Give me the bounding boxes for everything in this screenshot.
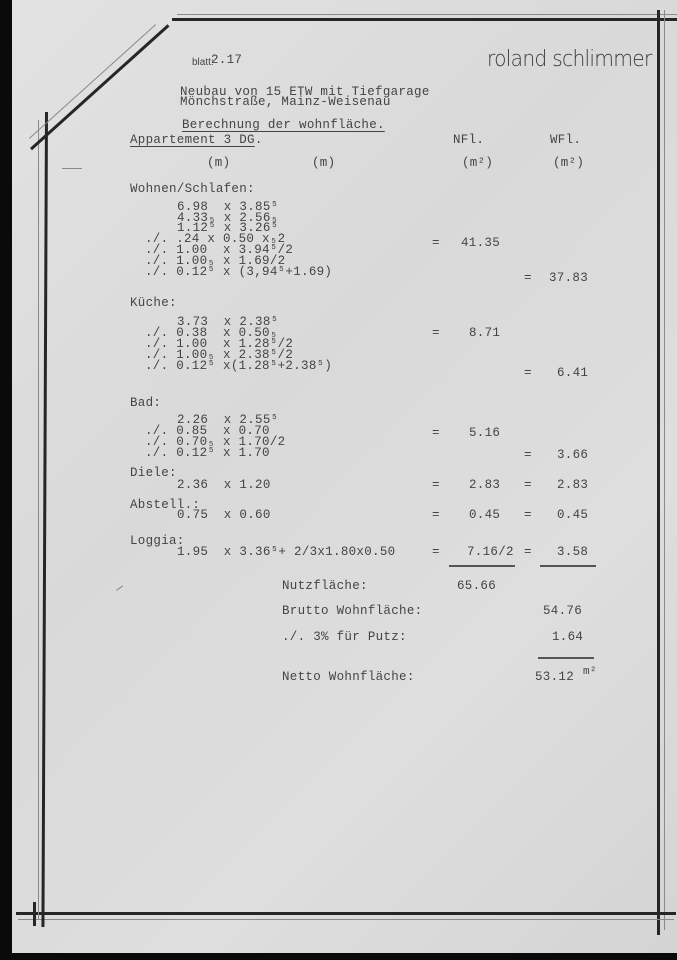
column-nfl-label: NFl.	[453, 134, 484, 147]
equals-sign: =	[524, 546, 532, 559]
frame-bottom-thin-line	[18, 919, 674, 920]
frame-bottom-corner-mark	[33, 902, 36, 926]
nfl-value: 5.16	[469, 427, 500, 440]
document-title: Berechnung der wohnfläche.	[182, 119, 385, 132]
netto-unit: m²	[583, 666, 597, 679]
wfl-value: 6.41	[557, 367, 588, 380]
sheet-number: 2.17	[211, 54, 242, 67]
stray-mark	[116, 585, 123, 590]
equals-sign: =	[432, 237, 440, 250]
frame-top-thin-line	[177, 14, 677, 15]
frame-top-line	[172, 18, 677, 21]
calc-line: ./. 0.12⁵ x (3,94⁵+1.69)	[145, 266, 332, 279]
nfl-subtotal-rule	[449, 565, 515, 567]
column-unit-m-1: (m)	[207, 157, 230, 170]
section-label: Diele:	[130, 467, 177, 480]
netto-rule	[538, 657, 594, 659]
column-wfl-label: WFl.	[550, 134, 581, 147]
column-nfl-unit: (m²)	[462, 157, 493, 170]
wfl-value: 3.66	[557, 449, 588, 462]
wfl-value: 3.58	[557, 546, 588, 559]
wfl-value: 0.45	[557, 509, 588, 522]
project-line-2: Mönchstraße, Mainz-Weisenau	[180, 96, 391, 109]
netto-wohnflaeche-label: Netto Wohnfläche:	[282, 671, 415, 684]
frame-left-thin-line	[38, 120, 39, 920]
stray-mark	[62, 168, 82, 169]
document-page: blatt: 2.17 roland schlimmer Neubau von …	[12, 0, 677, 953]
apartment-suffix: .	[255, 133, 263, 147]
equals-sign: =	[432, 479, 440, 492]
netto-wohnflaeche-value: 53.12	[535, 671, 574, 684]
section-label: Bad:	[130, 397, 161, 410]
column-wfl-unit: (m²)	[553, 157, 584, 170]
nfl-value: 0.45	[469, 509, 500, 522]
apartment-heading: Appartement 3 DG.	[130, 134, 263, 147]
calc-line: ./. 0.12⁵ x 1.70	[145, 447, 270, 460]
nfl-value: 7.16/2	[467, 546, 514, 559]
brutto-wohnflaeche-label: Brutto Wohnfläche:	[282, 605, 422, 618]
equals-sign: =	[524, 479, 532, 492]
firm-logo: roland schlimmer	[487, 47, 652, 72]
nutzflaeche-value: 65.66	[457, 580, 496, 593]
putz-deduction-label: ./. 3% für Putz:	[282, 631, 407, 644]
equals-sign: =	[432, 327, 440, 340]
equals-sign: =	[524, 509, 532, 522]
frame-diagonal-thin-line	[29, 24, 156, 138]
apartment-name: Appartement 3 DG	[130, 133, 255, 147]
calc-line: ./. 0.12⁵ x(1.28⁵+2.38⁵)	[145, 360, 332, 373]
frame-right-thin-line	[664, 10, 665, 930]
wfl-value: 37.83	[549, 272, 588, 285]
section-label: Küche:	[130, 297, 177, 310]
calc-line: 0.75 x 0.60	[177, 509, 271, 522]
frame-bottom-line	[16, 912, 676, 915]
frame-diagonal-line	[30, 24, 169, 150]
nfl-value: 8.71	[469, 327, 500, 340]
calc-line: 2.36 x 1.20	[177, 479, 271, 492]
equals-sign: =	[432, 509, 440, 522]
nfl-value: 2.83	[469, 479, 500, 492]
calc-line: 1.95 x 3.36⁵+ 2/3x1.80x0.50	[177, 546, 395, 559]
wfl-value: 2.83	[557, 479, 588, 492]
wfl-subtotal-rule	[540, 565, 596, 567]
putz-deduction-value: 1.64	[552, 631, 583, 644]
equals-sign: =	[524, 449, 532, 462]
equals-sign: =	[524, 367, 532, 380]
frame-right-line	[657, 10, 660, 935]
frame-left-line	[41, 112, 48, 927]
nfl-value: 41.35	[461, 237, 500, 250]
equals-sign: =	[432, 427, 440, 440]
brutto-wohnflaeche-value: 54.76	[543, 605, 582, 618]
nutzflaeche-label: Nutzfläche:	[282, 580, 368, 593]
equals-sign: =	[432, 546, 440, 559]
section-label: Wohnen/Schlafen:	[130, 183, 255, 196]
column-unit-m-2: (m)	[312, 157, 335, 170]
equals-sign: =	[524, 272, 532, 285]
